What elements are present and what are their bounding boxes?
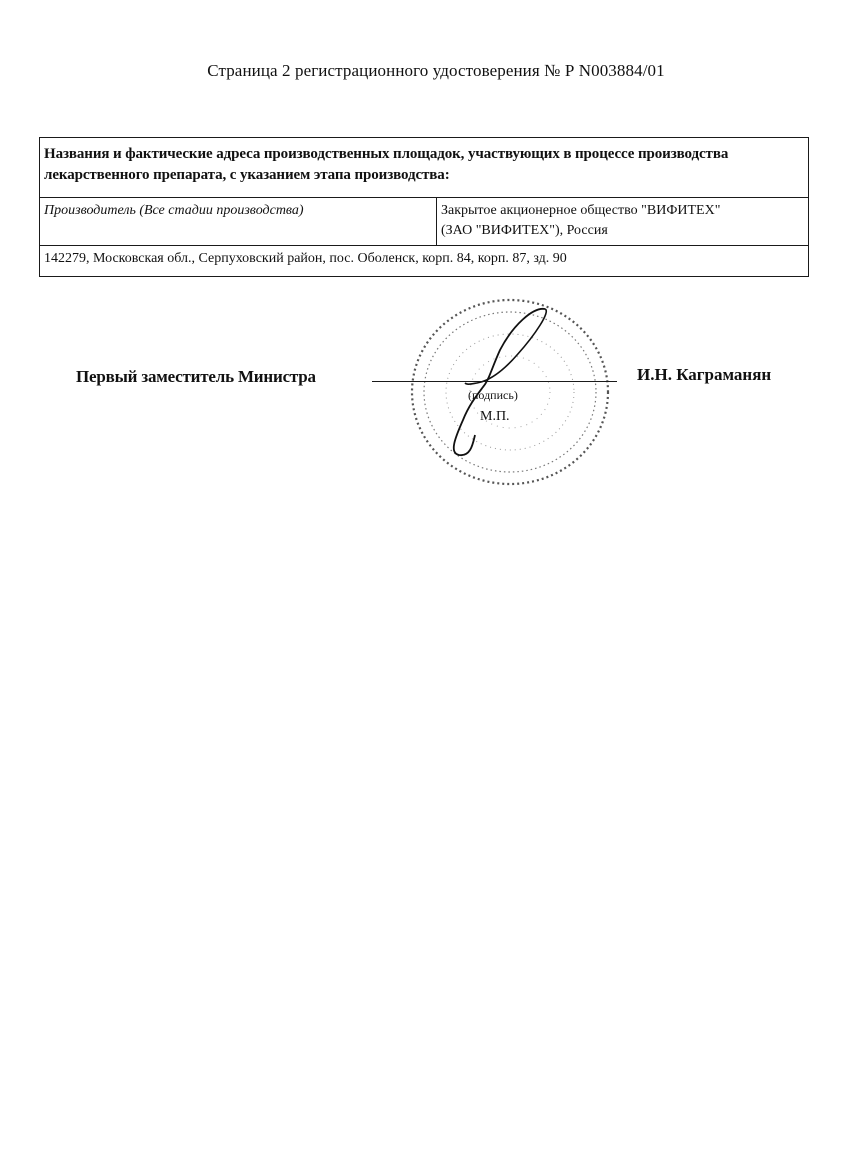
table-row: 142279, Московская обл., Серпуховский ра… [40, 246, 809, 277]
page-title: Страница 2 регистрационного удостоверени… [0, 61, 862, 81]
table-heading: Названия и фактические адреса производст… [40, 138, 809, 198]
producer-role-cell: Производитель (Все стадии производства) [40, 198, 437, 246]
producer-organization-cell: Закрытое акционерное общество "ВИФИТЕХ" … [437, 198, 809, 246]
signature-line [372, 381, 617, 382]
table-row: Производитель (Все стадии производства) … [40, 198, 809, 246]
address-cell: 142279, Московская обл., Серпуховский ра… [40, 246, 809, 277]
stamp-label: М.П. [480, 409, 510, 425]
table-heading-row: Названия и фактические адреса производст… [40, 138, 809, 198]
signature-caption: (подпись) [468, 388, 518, 403]
signatory-name: И.Н. Каграманян [637, 365, 771, 385]
organization-name: Закрытое акционерное общество "ВИФИТЕХ" [441, 201, 804, 221]
organization-short-name: (ЗАО "ВИФИТЕХ"), Россия [441, 221, 804, 241]
signatory-position: Первый заместитель Министра [76, 367, 316, 387]
production-sites-table: Названия и фактические адреса производст… [39, 137, 809, 277]
